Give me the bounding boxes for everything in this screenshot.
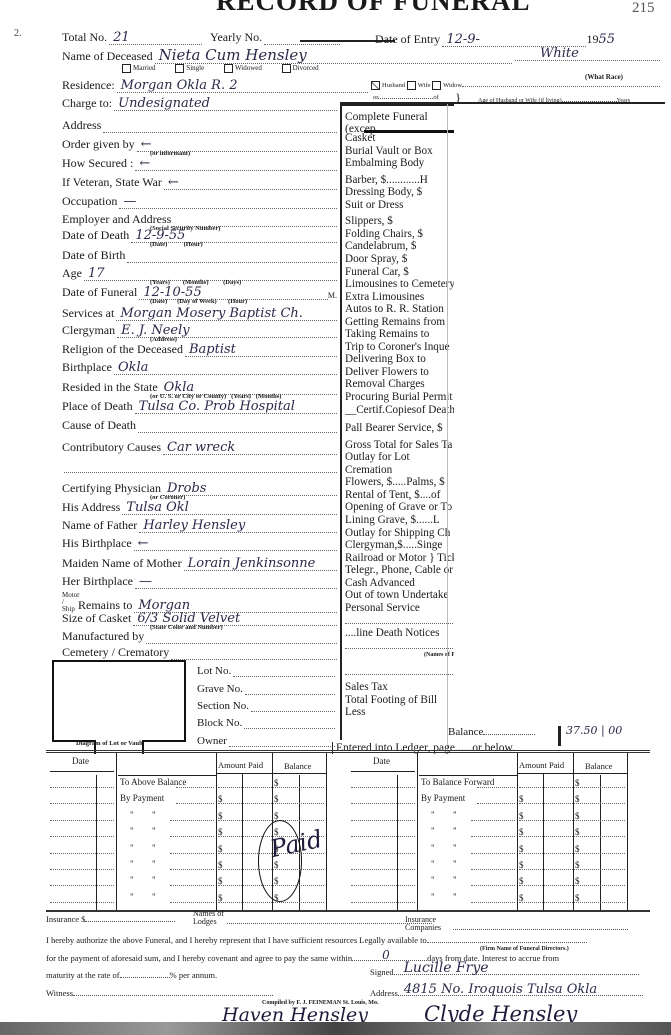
- field-place-of-death[interactable]: Place of DeathTulsa Co. Prob Hospital: [62, 399, 337, 414]
- charge-item[interactable]: Dressing Body, $: [345, 186, 422, 198]
- date-of-entry-field[interactable]: Date of Entry 12-9- 19 55: [375, 32, 615, 47]
- field-value: Baptist: [189, 342, 236, 357]
- ledger-column-rule: [116, 753, 117, 910]
- ledger-header-rule: [419, 775, 517, 776]
- ditto-mark: ": [453, 892, 457, 902]
- ledger-first-row-label: To Above Balance: [120, 777, 186, 787]
- field-label: Date of Birth: [62, 248, 125, 263]
- field-label: Date of Funeral: [62, 285, 137, 300]
- ledger-header-rule: [50, 771, 114, 772]
- ditto-mark: ": [130, 843, 134, 853]
- ledger-amount-cell[interactable]: [218, 902, 324, 903]
- marital-widowed[interactable]: Widowed: [224, 64, 262, 72]
- ledger-desc-cell[interactable]: [170, 885, 214, 886]
- ledger-date-cell[interactable]: [50, 869, 114, 870]
- field-label: Name of Father: [62, 518, 137, 533]
- ditto-mark: ": [130, 810, 134, 820]
- lodges-field[interactable]: Names of Lodges: [193, 910, 432, 926]
- currency-sign: $: [575, 794, 580, 804]
- ledger-date-cell[interactable]: [351, 836, 415, 837]
- charge-item[interactable]: Barber, $............H: [345, 174, 428, 186]
- ledger-date-cell[interactable]: [351, 902, 415, 903]
- field-prefix: Motor / Ship: [62, 592, 78, 613]
- ledger-amount-cell[interactable]: [519, 820, 625, 821]
- charge-item[interactable]: Gross Total for Sales Ta: [345, 439, 452, 451]
- ledger-date-cell[interactable]: [351, 803, 415, 804]
- residence-label: Residence:: [62, 78, 115, 93]
- ledger-header-rule: [517, 773, 627, 774]
- signed-value: Lucille Frye: [404, 960, 489, 976]
- spouse-name-line[interactable]: [462, 86, 660, 87]
- field-remains-to[interactable]: Motor / ShipRemains toMorgan: [62, 592, 337, 613]
- charge-item[interactable]: Candelabrum, $: [345, 240, 416, 252]
- marital-divorced[interactable]: Divorced: [282, 64, 319, 72]
- charge-item[interactable]: Personal Service: [345, 602, 420, 614]
- checkbox-husband[interactable]: [371, 81, 380, 90]
- ledger-column-rule: [600, 775, 601, 910]
- or-of-line: orof: [373, 94, 439, 101]
- total-no-value: 21: [113, 30, 130, 45]
- ledger-amount-paid-header: Amount Paid: [519, 760, 564, 770]
- currency-sign: $: [274, 778, 279, 788]
- ledger-column-rule: [96, 775, 97, 910]
- ledger-date-cell[interactable]: [50, 902, 114, 903]
- margin-mark: 2.: [14, 28, 22, 39]
- yearly-no-label: Yearly No.: [210, 30, 262, 45]
- checkbox-widow[interactable]: [432, 81, 441, 90]
- page-number: 215: [632, 0, 655, 17]
- field-date-of-birth[interactable]: Date of Birth: [62, 248, 337, 263]
- ditto-mark: ": [431, 892, 435, 902]
- ledger-column-rule: [517, 753, 518, 910]
- charge-item[interactable]: Railroad or Motor } Tickets, $: [345, 552, 454, 564]
- ditto-mark: ": [431, 843, 435, 853]
- ledger-desc-cell[interactable]: [471, 902, 515, 903]
- currency-sign: $: [519, 893, 524, 903]
- charge-item[interactable]: Getting Remains from: [345, 316, 445, 328]
- checkbox-wife[interactable]: [407, 81, 416, 90]
- field-clergyman[interactable]: ClergymanE. J. Neely: [62, 323, 337, 338]
- currency-sign: $: [575, 827, 580, 837]
- charge-item[interactable]: [345, 665, 454, 675]
- ledger-balance-header: Balance: [585, 761, 612, 771]
- charge-item[interactable]: Cremation: [345, 464, 392, 476]
- ditto-mark: ": [431, 875, 435, 885]
- field-certifying-physician[interactable]: Certifying PhysicianDrobs: [62, 481, 337, 496]
- ledger-column-rule: [627, 753, 628, 910]
- field-value: Tulsa Okl: [126, 500, 188, 515]
- field-value: Harley Hensley: [143, 518, 245, 533]
- currency-sign: $: [218, 876, 223, 886]
- ledger-desc-cell[interactable]: [170, 836, 214, 837]
- ledger-header-rule: [351, 771, 415, 772]
- field-value: 17: [88, 266, 105, 281]
- charges-panel: Complete Funeral (excep CasketBurial Vau…: [340, 104, 454, 740]
- charge-item[interactable]: Delivering Box to: [345, 353, 426, 365]
- field-his-birthplace[interactable]: His Birthplace←: [62, 536, 337, 551]
- currency-sign: $: [519, 860, 524, 870]
- field-label: Date of Death: [62, 228, 129, 243]
- balance-label: Balance: [448, 726, 483, 738]
- ledger-desc-cell[interactable]: [471, 820, 515, 821]
- ledger-amount-paid-header: Amount Paid: [218, 760, 263, 770]
- ledger-header-rule: [216, 773, 326, 774]
- ledger-desc-cell[interactable]: [471, 836, 515, 837]
- charges-heading-rule: [364, 130, 454, 133]
- charge-item[interactable]: Folding Chairs, $: [345, 228, 423, 240]
- field-value: Lorain Jenkinsonne: [188, 556, 316, 571]
- field-label: How Secured :: [62, 156, 133, 171]
- charge-item[interactable]: Total Footing of Bill: [345, 694, 437, 706]
- witness-field[interactable]: Witness: [46, 988, 273, 998]
- ledger-date-cell[interactable]: [50, 885, 114, 886]
- ledger-desc-cell[interactable]: [170, 853, 214, 854]
- currency-sign: $: [575, 844, 580, 854]
- charge-item[interactable]: Limousines to Cemetery: [345, 278, 454, 290]
- charge-item[interactable]: [345, 614, 454, 624]
- field-label: Contributory Causes: [62, 440, 161, 455]
- field-value: Tulsa Co. Prob Hospital: [139, 399, 295, 414]
- field-label: Cause of Death: [62, 418, 136, 433]
- total-no-field[interactable]: Total No. 21: [62, 30, 202, 45]
- field-caption: (Date) (Day of Week) (Hour): [150, 298, 247, 305]
- field-label: Religion of the Deceased: [62, 342, 183, 357]
- ledger-column-rule: [216, 753, 217, 910]
- ledger-date-cell[interactable]: [351, 820, 415, 821]
- name-of-deceased-value: Nieta Cum Hensley: [159, 46, 307, 64]
- ditto-mark: ": [152, 892, 156, 902]
- currency-sign: $: [218, 827, 223, 837]
- ledger-balance-header: Balance: [284, 761, 311, 771]
- ledger-payment-label: By Payment: [120, 793, 164, 803]
- field-cemetery-crematory[interactable]: Cemetery / Crematory: [62, 645, 337, 660]
- charge-item[interactable]: Extra Limousines: [345, 291, 424, 303]
- field-label: Place of Death: [62, 399, 133, 414]
- ledger-desc-cell[interactable]: [176, 803, 214, 804]
- charge-item[interactable]: Door Spray, $: [345, 253, 407, 265]
- ledger-date-cell[interactable]: [50, 836, 114, 837]
- field-services-at[interactable]: Services atMorgan Mosery Baptist Ch.: [62, 306, 337, 321]
- race-value: White: [540, 46, 579, 61]
- relation-husband[interactable]: Husband: [371, 82, 405, 89]
- ledger-amount-cell[interactable]: [519, 902, 625, 903]
- charge-item[interactable]: Flowers, $.....Palms, $: [345, 476, 445, 488]
- field-label: Resided in the State: [62, 380, 158, 395]
- charge-item[interactable]: Rental of Tent, $....of: [345, 489, 440, 501]
- diagram-caption: Diagram of Lot or Vault: [76, 740, 143, 747]
- field-birthplace[interactable]: BirthplaceOkla: [62, 360, 337, 375]
- relation-widow[interactable]: Widow: [432, 82, 462, 89]
- ditto-mark: ": [431, 810, 435, 820]
- field-blank[interactable]: [62, 461, 337, 473]
- race-caption: (What Race): [585, 73, 623, 81]
- charge-item[interactable]: Funeral Car, $: [345, 266, 409, 278]
- balance-field[interactable]: Balance: [448, 726, 535, 738]
- ledger-amount-cell[interactable]: [218, 803, 324, 804]
- field-occupation[interactable]: Occupation—: [62, 194, 337, 209]
- field-label: His Birthplace: [62, 536, 132, 551]
- lot-field-owner[interactable]: Owner: [197, 735, 335, 747]
- checkbox-widowed[interactable]: [224, 64, 233, 73]
- balance-value: 37.50 | 00: [566, 724, 622, 737]
- charge-to-label: Charge to:: [62, 96, 112, 111]
- charge-item[interactable]: ....line Death Notices: [345, 627, 439, 639]
- charge-item[interactable]: Lining Grave, $......L: [345, 514, 440, 526]
- ledger-column-rule: [397, 775, 398, 910]
- charge-item[interactable]: Embalming Body: [345, 157, 424, 169]
- ledger-date-cell[interactable]: [351, 853, 415, 854]
- ditto-mark: ": [130, 875, 134, 885]
- residence-value: Morgan Okla R. 2: [121, 78, 238, 93]
- interest-rate-field[interactable]: maturity at the rate of% per annum.: [46, 970, 217, 980]
- year-prefix: 19: [586, 32, 598, 47]
- race-field[interactable]: White: [515, 49, 660, 61]
- lot-diagram: [52, 660, 186, 742]
- currency-sign: $: [575, 811, 580, 821]
- field-label: Certifying Physician: [62, 481, 161, 496]
- checkbox-divorced[interactable]: [282, 64, 291, 73]
- currency-sign: $: [218, 893, 223, 903]
- field-label: Her Birthplace: [62, 574, 133, 589]
- days-value: 0: [382, 948, 390, 962]
- currency-sign: $: [519, 876, 524, 886]
- field-label: His Address: [62, 500, 120, 515]
- field-order-given-by[interactable]: Order given by←: [62, 137, 337, 152]
- ditto-mark: ": [431, 826, 435, 836]
- field-caption: (Date) (Hour): [150, 241, 203, 248]
- marital-married[interactable]: Married: [122, 64, 156, 72]
- ledger-payment-label: By Payment: [421, 793, 465, 803]
- name-of-deceased-label: Name of Deceased: [62, 49, 153, 64]
- ledger-date-cell[interactable]: [50, 787, 114, 788]
- field-label: Maiden Name of Mother: [62, 556, 182, 571]
- ledger-date-cell[interactable]: [351, 869, 415, 870]
- right-panel-edge: [447, 104, 448, 754]
- currency-sign: $: [519, 827, 524, 837]
- ledger-amount-cell[interactable]: [519, 869, 625, 870]
- charge-item[interactable]: Sales Tax: [345, 681, 388, 693]
- field-value: —: [139, 574, 152, 589]
- marital-single[interactable]: Single: [175, 64, 204, 72]
- field-his-address[interactable]: His AddressTulsa Okl: [62, 500, 337, 515]
- ledger-date-cell[interactable]: [50, 820, 114, 821]
- ledger-date-header: Date: [373, 756, 390, 766]
- lot-field-block-no[interactable]: Block No.: [197, 717, 335, 729]
- field-label: Birthplace: [62, 360, 112, 375]
- page-title: RECORD OF FUNERAL: [216, 0, 531, 17]
- ledger-amount-cell[interactable]: [519, 803, 625, 804]
- charge-item[interactable]: (Names of P: [345, 652, 454, 661]
- balance-divider: [558, 726, 561, 746]
- charge-item[interactable]: Casket: [345, 132, 375, 144]
- charge-item[interactable]: Clergyman,$.....Singe: [345, 539, 442, 551]
- ledger-date-header: Date: [72, 756, 89, 766]
- total-no-label: Total No.: [62, 30, 107, 45]
- currency-sign: $: [519, 794, 524, 804]
- currency-sign: $: [519, 844, 524, 854]
- ledger-column-rule: [326, 753, 327, 910]
- charge-item[interactable]: Slippers, $: [345, 215, 393, 227]
- relation-wife[interactable]: Wife: [407, 82, 431, 89]
- field-value: ←: [138, 536, 149, 551]
- ledger-desc-cell[interactable]: [471, 885, 515, 886]
- ledger-desc-cell[interactable]: [170, 902, 214, 903]
- currency-sign: $: [575, 876, 580, 886]
- date-of-entry-label: Date of Entry: [375, 32, 440, 47]
- field-label: Services at: [62, 306, 114, 321]
- charge-item[interactable]: Telegr., Phone, Cable or: [345, 564, 453, 576]
- charge-item[interactable]: Procuring Burial Permit: [345, 391, 453, 403]
- charge-item[interactable]: Cash Advanced: [345, 577, 415, 589]
- ledger-date-cell[interactable]: [351, 787, 415, 788]
- field-religion-of-the-deceased[interactable]: Religion of the DeceasedBaptist: [62, 342, 337, 357]
- field-label: Size of Casket: [62, 611, 131, 626]
- ledger-desc-cell[interactable]: [477, 803, 515, 804]
- ditto-mark: ": [152, 826, 156, 836]
- ditto-mark: ": [152, 810, 156, 820]
- ditto-mark: ": [130, 892, 134, 902]
- charge-to-value: Undesignated: [118, 96, 210, 111]
- field-label: Clergyman: [62, 323, 115, 338]
- ledger-amount-cell[interactable]: [218, 787, 324, 788]
- firm-caption: (Firm Name of Funeral Directors.): [480, 946, 569, 952]
- field-label: Address: [62, 118, 101, 133]
- field-label: Manufactured by: [62, 629, 144, 644]
- relation-options: Husband Wife Widow: [371, 81, 462, 90]
- ledger-column-rule: [573, 753, 574, 910]
- charge-item[interactable]: Autos to R. R. Station: [345, 303, 444, 315]
- currency-sign: $: [519, 811, 524, 821]
- charge-item[interactable]: Pall Bearer Service, $: [345, 422, 443, 434]
- field-her-birthplace[interactable]: Her Birthplace—: [62, 574, 337, 589]
- ditto-mark: ": [130, 859, 134, 869]
- companies-field[interactable]: Insurance Companies: [405, 916, 628, 932]
- ledger-desc-cell[interactable]: [170, 820, 214, 821]
- ledger-date-cell[interactable]: [351, 885, 415, 886]
- field-if-veteran-state-war[interactable]: If Veteran, State War←: [62, 175, 337, 190]
- ledger-column-rule: [417, 753, 418, 910]
- lot-field-lot-no[interactable]: Lot No.: [197, 665, 335, 677]
- charge-item[interactable]: Out of town Undertake: [345, 589, 448, 601]
- field-value: —: [123, 194, 136, 209]
- field-contributory-causes[interactable]: Contributory CausesCar wreck: [62, 440, 337, 455]
- ditto-mark: ": [453, 843, 457, 853]
- ledger-desc-cell[interactable]: [176, 787, 214, 788]
- currency-sign: $: [218, 860, 223, 870]
- field-label: If Veteran, State War: [62, 175, 162, 190]
- currency-sign: $: [274, 794, 279, 804]
- charge-item[interactable]: Burial Vault or Box: [345, 145, 433, 157]
- field-label: Order given by: [62, 137, 135, 152]
- authorization-line-1: I hereby authorize the above Funeral, an…: [46, 935, 587, 945]
- currency-sign: $: [575, 893, 580, 903]
- ledger-amount-cell[interactable]: [218, 820, 324, 821]
- field-value: Okla: [118, 360, 148, 375]
- signed-field[interactable]: SignedLucille Frye: [370, 967, 639, 977]
- ledger-amount-cell[interactable]: [519, 836, 625, 837]
- charge-to-field[interactable]: Charge to: Undesignated: [62, 96, 337, 111]
- ledger-column-rule: [242, 773, 243, 910]
- ditto-mark: ": [453, 826, 457, 836]
- year-value: 55: [598, 32, 615, 47]
- field-label: Age: [62, 266, 82, 281]
- field-label: Cemetery / Crematory: [62, 645, 169, 660]
- ditto-mark: ": [453, 859, 457, 869]
- ledger-desc-cell[interactable]: [170, 869, 214, 870]
- field-how-secured[interactable]: How Secured :←: [62, 156, 337, 171]
- date-of-entry-value: 12-9-: [446, 32, 480, 47]
- field-manufactured-by[interactable]: Manufactured by: [62, 629, 337, 644]
- field-name-of-father[interactable]: Name of FatherHarley Hensley: [62, 518, 337, 533]
- ditto-mark: ": [431, 859, 435, 869]
- insurance-field[interactable]: Insurance $: [46, 914, 175, 924]
- ledger-header-rule: [118, 775, 216, 776]
- charge-item[interactable]: Less: [345, 706, 366, 718]
- field-maiden-name-of-mother[interactable]: Maiden Name of MotherLorain Jenkinsonne: [62, 556, 337, 571]
- ditto-mark: ": [152, 859, 156, 869]
- field-label: Occupation: [62, 194, 117, 209]
- currency-sign: $: [218, 794, 223, 804]
- yearly-no-field[interactable]: Yearly No.: [210, 30, 340, 45]
- marital-status-options: Married Single Widowed Divorced: [122, 64, 319, 73]
- name-of-deceased-field[interactable]: Name of Deceased Nieta Cum Hensley: [62, 49, 512, 64]
- field-value: Car wreck: [167, 440, 235, 455]
- charge-item[interactable]: [345, 639, 454, 649]
- ditto-mark: ": [453, 875, 457, 885]
- charge-item[interactable]: __Certif.Copiesof Death: [345, 404, 454, 416]
- charge-item[interactable]: Trip to Coroner's Inque: [345, 341, 449, 353]
- ledger-date-cell[interactable]: [50, 853, 114, 854]
- charge-item[interactable]: Deliver Flowers to: [345, 366, 429, 378]
- checkbox-married[interactable]: [122, 64, 131, 73]
- checkbox-single[interactable]: [175, 64, 184, 73]
- ditto-mark: ": [453, 810, 457, 820]
- ledger-column-rule: [543, 773, 544, 910]
- ledger-date-cell[interactable]: [50, 803, 114, 804]
- field-cause-of-death[interactable]: Cause of Death: [62, 418, 337, 433]
- currency-sign: $: [218, 844, 223, 854]
- ledger-desc-cell[interactable]: [471, 869, 515, 870]
- charge-item[interactable]: Taking Remains to: [345, 328, 429, 340]
- ledger-amount-cell[interactable]: [519, 853, 625, 854]
- ledger-amount-cell[interactable]: [519, 885, 625, 886]
- address-field[interactable]: Address4815 No. Iroquois Tulsa Okla: [370, 988, 643, 998]
- lot-field-grave-no[interactable]: Grave No.: [197, 683, 335, 695]
- ledger-amount-cell[interactable]: [519, 787, 625, 788]
- currency-sign: $: [575, 860, 580, 870]
- charge-item[interactable]: Suit or Dress: [345, 199, 403, 211]
- lot-field-section-no[interactable]: Section No.: [197, 700, 335, 712]
- residence-field[interactable]: Residence: Morgan Okla R. 2: [62, 78, 368, 93]
- field-value: Morgan Mosery Baptist Ch.: [120, 306, 303, 321]
- charge-item[interactable]: Outlay for Shipping Ch: [345, 527, 450, 539]
- field-address[interactable]: Address: [62, 118, 337, 133]
- ledger-desc-cell[interactable]: [477, 787, 515, 788]
- charge-item[interactable]: Opening of Grave or To: [345, 501, 452, 513]
- charge-item[interactable]: Outlay for Lot: [345, 451, 410, 463]
- currency-sign: $: [218, 811, 223, 821]
- currency-sign: $: [575, 778, 580, 788]
- field-value: ←: [139, 156, 150, 171]
- scan-edge: [0, 1022, 671, 1035]
- field-value: ←: [168, 175, 179, 190]
- ledger-first-row-label: To Balance Forward: [421, 777, 494, 787]
- ledger-desc-cell[interactable]: [471, 853, 515, 854]
- charge-item[interactable]: Removal Charges: [345, 378, 425, 390]
- payment-ledger: DateAmount PaidBalance$To Above Balance$…: [46, 750, 650, 912]
- ditto-mark: ": [152, 875, 156, 885]
- ditto-mark: ": [152, 843, 156, 853]
